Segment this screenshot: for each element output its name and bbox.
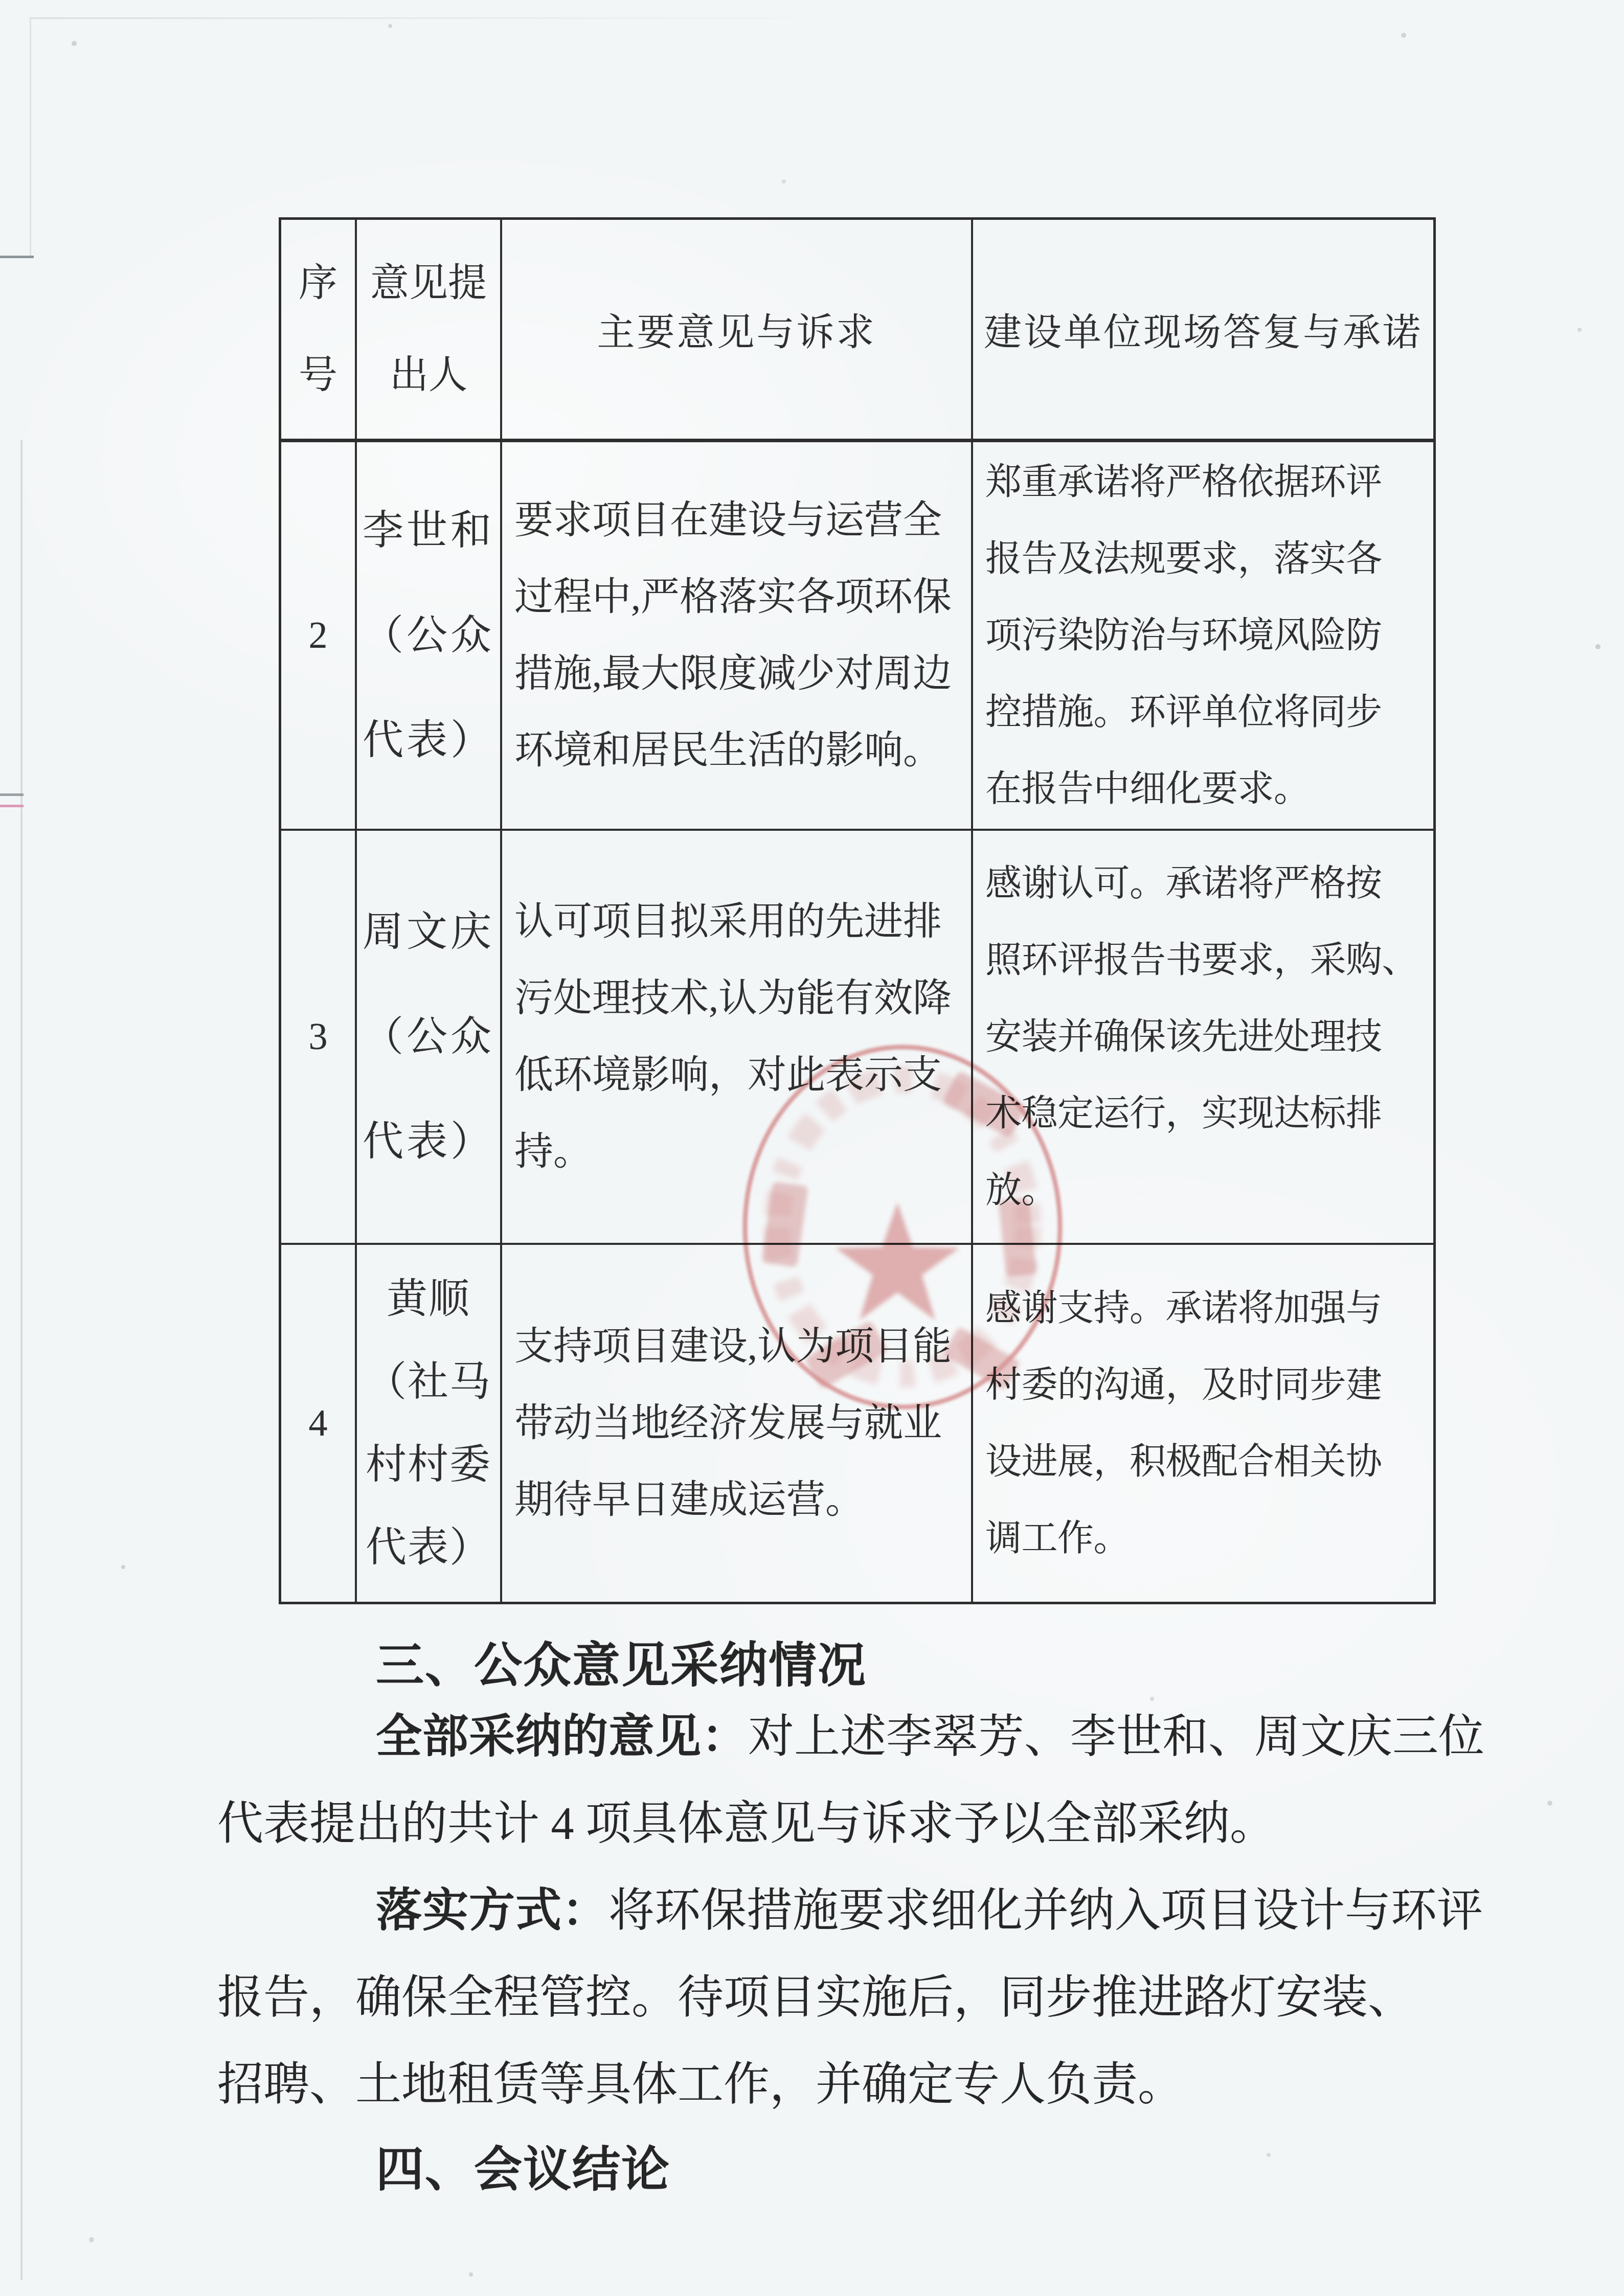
- scan-corner-line-vertical: [30, 17, 31, 258]
- scan-pink-tick: [0, 805, 24, 807]
- header-serial-number: 序 号: [281, 220, 357, 442]
- row2-opinion-cell: 要求项目在建设与运营全 过程中,严格落实各项环保 措施,最大限度减少对周边 环境…: [502, 442, 973, 831]
- row4-serial-number: 4: [281, 1245, 357, 1602]
- header-opinion-proposer: 意见提 出人: [357, 220, 502, 442]
- scan-edge-line: [20, 440, 22, 2280]
- scan-noise-specks: [0, 0, 3, 3]
- scan-corner-tick: [0, 256, 34, 258]
- scan-gray-tick: [0, 793, 24, 796]
- scan-corner-line-horizontal: [30, 17, 868, 19]
- row2-proposer: 李世和 （公众 代表）: [357, 442, 502, 831]
- header-unit-reply: 建设单位现场答复与承诺: [973, 220, 1433, 442]
- section-heading-opinion-adoption: 三、公众意见采纳情况: [217, 1627, 1547, 1696]
- row3-proposer: 周文庆 （公众 代表）: [357, 831, 502, 1245]
- row3-serial-number: 3: [281, 831, 357, 1245]
- paragraph-implementation-method: 落实方式：将环保措施要求细化并纳入项目设计与环评 报告，确保全程管控。待项目实施…: [217, 1867, 1547, 2128]
- row2-reply-text: 郑重承诺将严格依据环评 报告及法规要求，落实各 项污染防治与环境风险防 控措施。…: [985, 444, 1382, 827]
- row2-opinion-text: 要求项目在建设与运营全 过程中,严格落实各项环保 措施,最大限度减少对周边 环境…: [514, 482, 952, 789]
- row2-reply-cell: 郑重承诺将严格依据环评 报告及法规要求，落实各 项污染防治与环境风险防 控措施。…: [973, 442, 1433, 831]
- paragraph-lead-implementation: 落实方式：: [376, 1885, 608, 1936]
- header-main-opinion: 主要意见与诉求: [502, 220, 973, 442]
- red-seal-stamp: [726, 1030, 1084, 1429]
- row4-proposer: 黄顺 （社马 村村委 代表）: [357, 1245, 502, 1602]
- paragraph-lead-fully-adopted: 全部采纳的意见：: [376, 1711, 748, 1762]
- seal-star-icon: [836, 1202, 959, 1320]
- scanned-document-page: 序 号 意见提 出人 主要意见与诉求 建设单位现场答复与承诺 2 李世和 （公众…: [0, 0, 1624, 2296]
- row2-serial-number: 2: [281, 442, 357, 831]
- section-heading-meeting-conclusion: 四、会议结论: [217, 2131, 1547, 2200]
- paragraph-fully-adopted-opinions: 全部采纳的意见：对上述李翠芳、李世和、周文庆三位 代表提出的共计 4 项具体意见…: [217, 1693, 1547, 1868]
